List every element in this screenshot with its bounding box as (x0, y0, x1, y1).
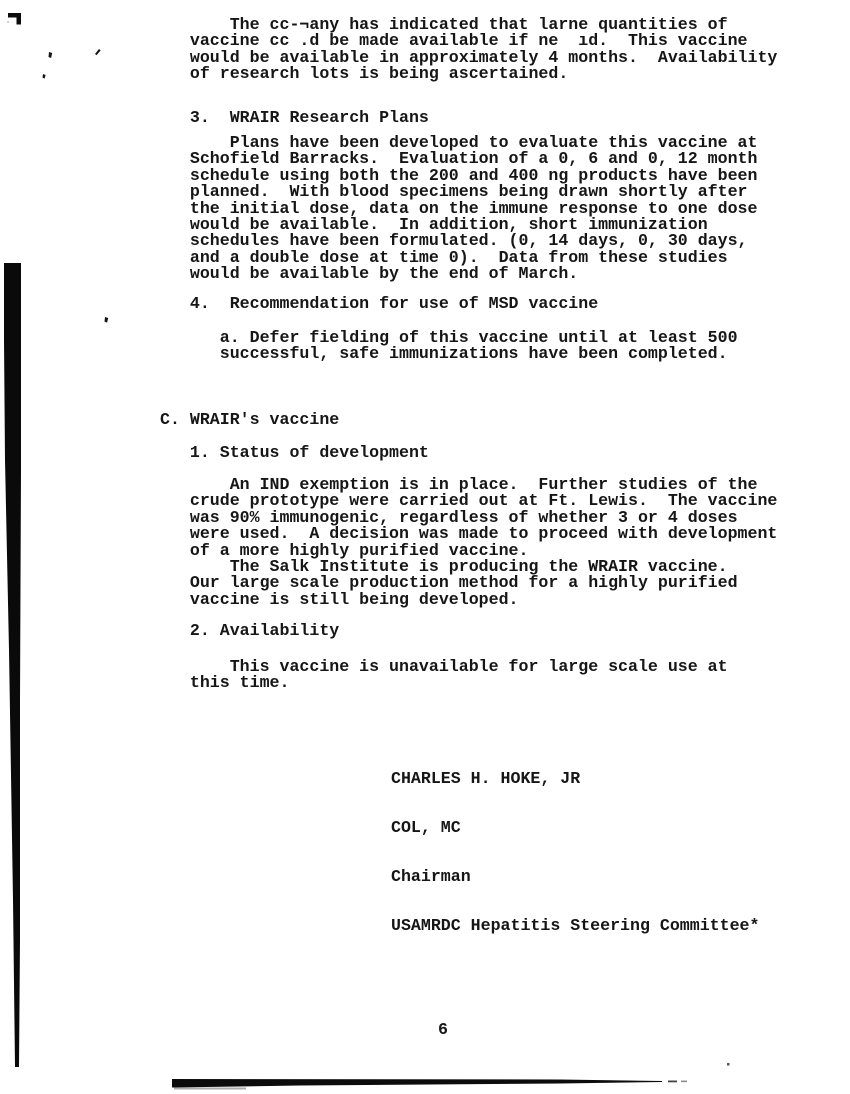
scan-corner-bracket-mark (8, 13, 21, 25)
heading-wrair-vaccine: C. WRAIR's vaccine (160, 412, 339, 428)
paragraph-research-plans: Plans have been developed to evaluate th… (160, 135, 757, 283)
signature-block: CHARLES H. HOKE, JR COL, MC Chairman USA… (391, 738, 759, 968)
heading-wrair-research-plans: 3. WRAIR Research Plans (160, 110, 429, 126)
scanned-memo-page: The cc-¬any has indicated that larne qua… (0, 0, 850, 1094)
heading-availability: 2. Availability (160, 623, 339, 639)
scan-speck-faint (7, 21, 9, 23)
scan-tick-mark-4 (105, 317, 109, 323)
paragraph-vaccine-availability: The cc-¬any has indicated that larne qua… (160, 17, 777, 83)
signature-title: Chairman (391, 869, 759, 885)
scan-tick-mark-2 (95, 49, 101, 55)
signature-name: CHARLES H. HOKE, JR (391, 771, 759, 787)
paragraph-status-of-development: An IND exemption is in place. Further st… (160, 477, 777, 608)
page-number: 6 (438, 1022, 448, 1038)
paragraph-availability: This vaccine is unavailable for large sc… (160, 659, 728, 692)
scan-tick-mark-3 (43, 74, 46, 79)
signature-rank: COL, MC (391, 820, 759, 836)
signature-committee: USAMRDC Hepatitis Steering Committee* (391, 918, 759, 934)
list-item-recommendation-a: a. Defer fielding of this vaccine until … (160, 330, 738, 363)
heading-recommendation-msd-vaccine: 4. Recommendation for use of MSD vaccine (160, 296, 598, 312)
scan-left-edge-streak (4, 263, 21, 1067)
heading-status-of-development: 1. Status of development (160, 445, 429, 461)
scan-tick-mark-1 (49, 52, 53, 58)
